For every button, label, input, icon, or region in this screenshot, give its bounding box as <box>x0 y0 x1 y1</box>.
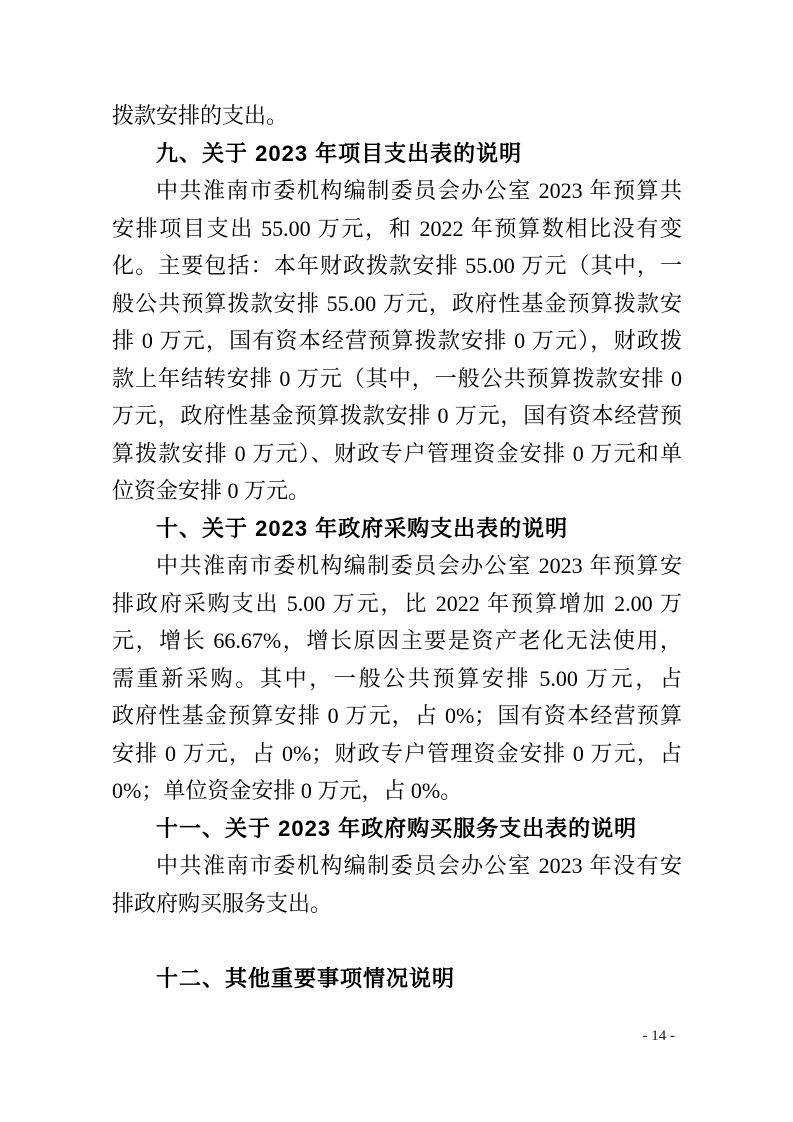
document-body: 拨款安排的支出。九、关于 2023 年项目支出表的说明中共淮南市委机构编制委员会… <box>112 97 682 997</box>
text-line: 排政府购买服务支出。 <box>112 885 682 923</box>
document-page: 拨款安排的支出。九、关于 2023 年项目支出表的说明中共淮南市委机构编制委员会… <box>0 0 793 1122</box>
text-line: 排政府采购支出 5.00 万元，比 2022 年预算增加 2.00 万 <box>112 585 682 623</box>
section-heading: 十、关于 2023 年政府采购支出表的说明 <box>112 510 682 548</box>
text-line: 般公共预算拨款安排 55.00 万元，政府性基金预算拨款安 <box>112 285 682 323</box>
text-line: 拨款安排的支出。 <box>112 97 682 135</box>
section-heading: 十二、其他重要事项情况说明 <box>112 960 682 998</box>
text-line: 元，增长 66.67%，增长原因主要是资产老化无法使用， <box>112 622 682 660</box>
text-line: 0%；单位资金安排 0 万元，占 0%。 <box>112 772 682 810</box>
text-line: 需重新采购。其中，一般公共预算安排 5.00 万元，占 100%; <box>112 660 682 698</box>
text-line: 安排项目支出 55.00 万元，和 2022 年预算数相比没有变 <box>112 210 682 248</box>
text-line: 万元，政府性基金预算拨款安排 0 万元，国有资本经营预 <box>112 397 682 435</box>
text-line: 中共淮南市委机构编制委员会办公室 2023 年预算安 <box>112 547 682 585</box>
text-line: 安排 0 万元，占 0%；财政专户管理资金安排 0 万元，占 <box>112 735 682 773</box>
text-line: 款上年结转安排 0 万元（其中，一般公共预算拨款安排 0 <box>112 360 682 398</box>
page-footer: - 14 - <box>643 1026 676 1046</box>
blank-line <box>112 922 682 960</box>
text-line: 排 0 万元，国有资本经营预算拨款安排 0 万元），财政拨 <box>112 322 682 360</box>
text-line: 算拨款安排 0 万元）、财政专户管理资金安排 0 万元和单 <box>112 435 682 473</box>
section-heading: 九、关于 2023 年项目支出表的说明 <box>112 135 682 173</box>
text-line: 化。主要包括：本年财政拨款安排 55.00 万元（其中，一 <box>112 247 682 285</box>
text-line: 位资金安排 0 万元。 <box>112 472 682 510</box>
text-line: 中共淮南市委机构编制委员会办公室 2023 年预算共 <box>112 172 682 210</box>
section-heading: 十一、关于 2023 年政府购买服务支出表的说明 <box>112 810 682 848</box>
text-line: 中共淮南市委机构编制委员会办公室 2023 年没有安 <box>112 847 682 885</box>
page-number: - 14 - <box>643 1028 676 1044</box>
text-line: 政府性基金预算安排 0 万元，占 0%；国有资本经营预算 <box>112 697 682 735</box>
